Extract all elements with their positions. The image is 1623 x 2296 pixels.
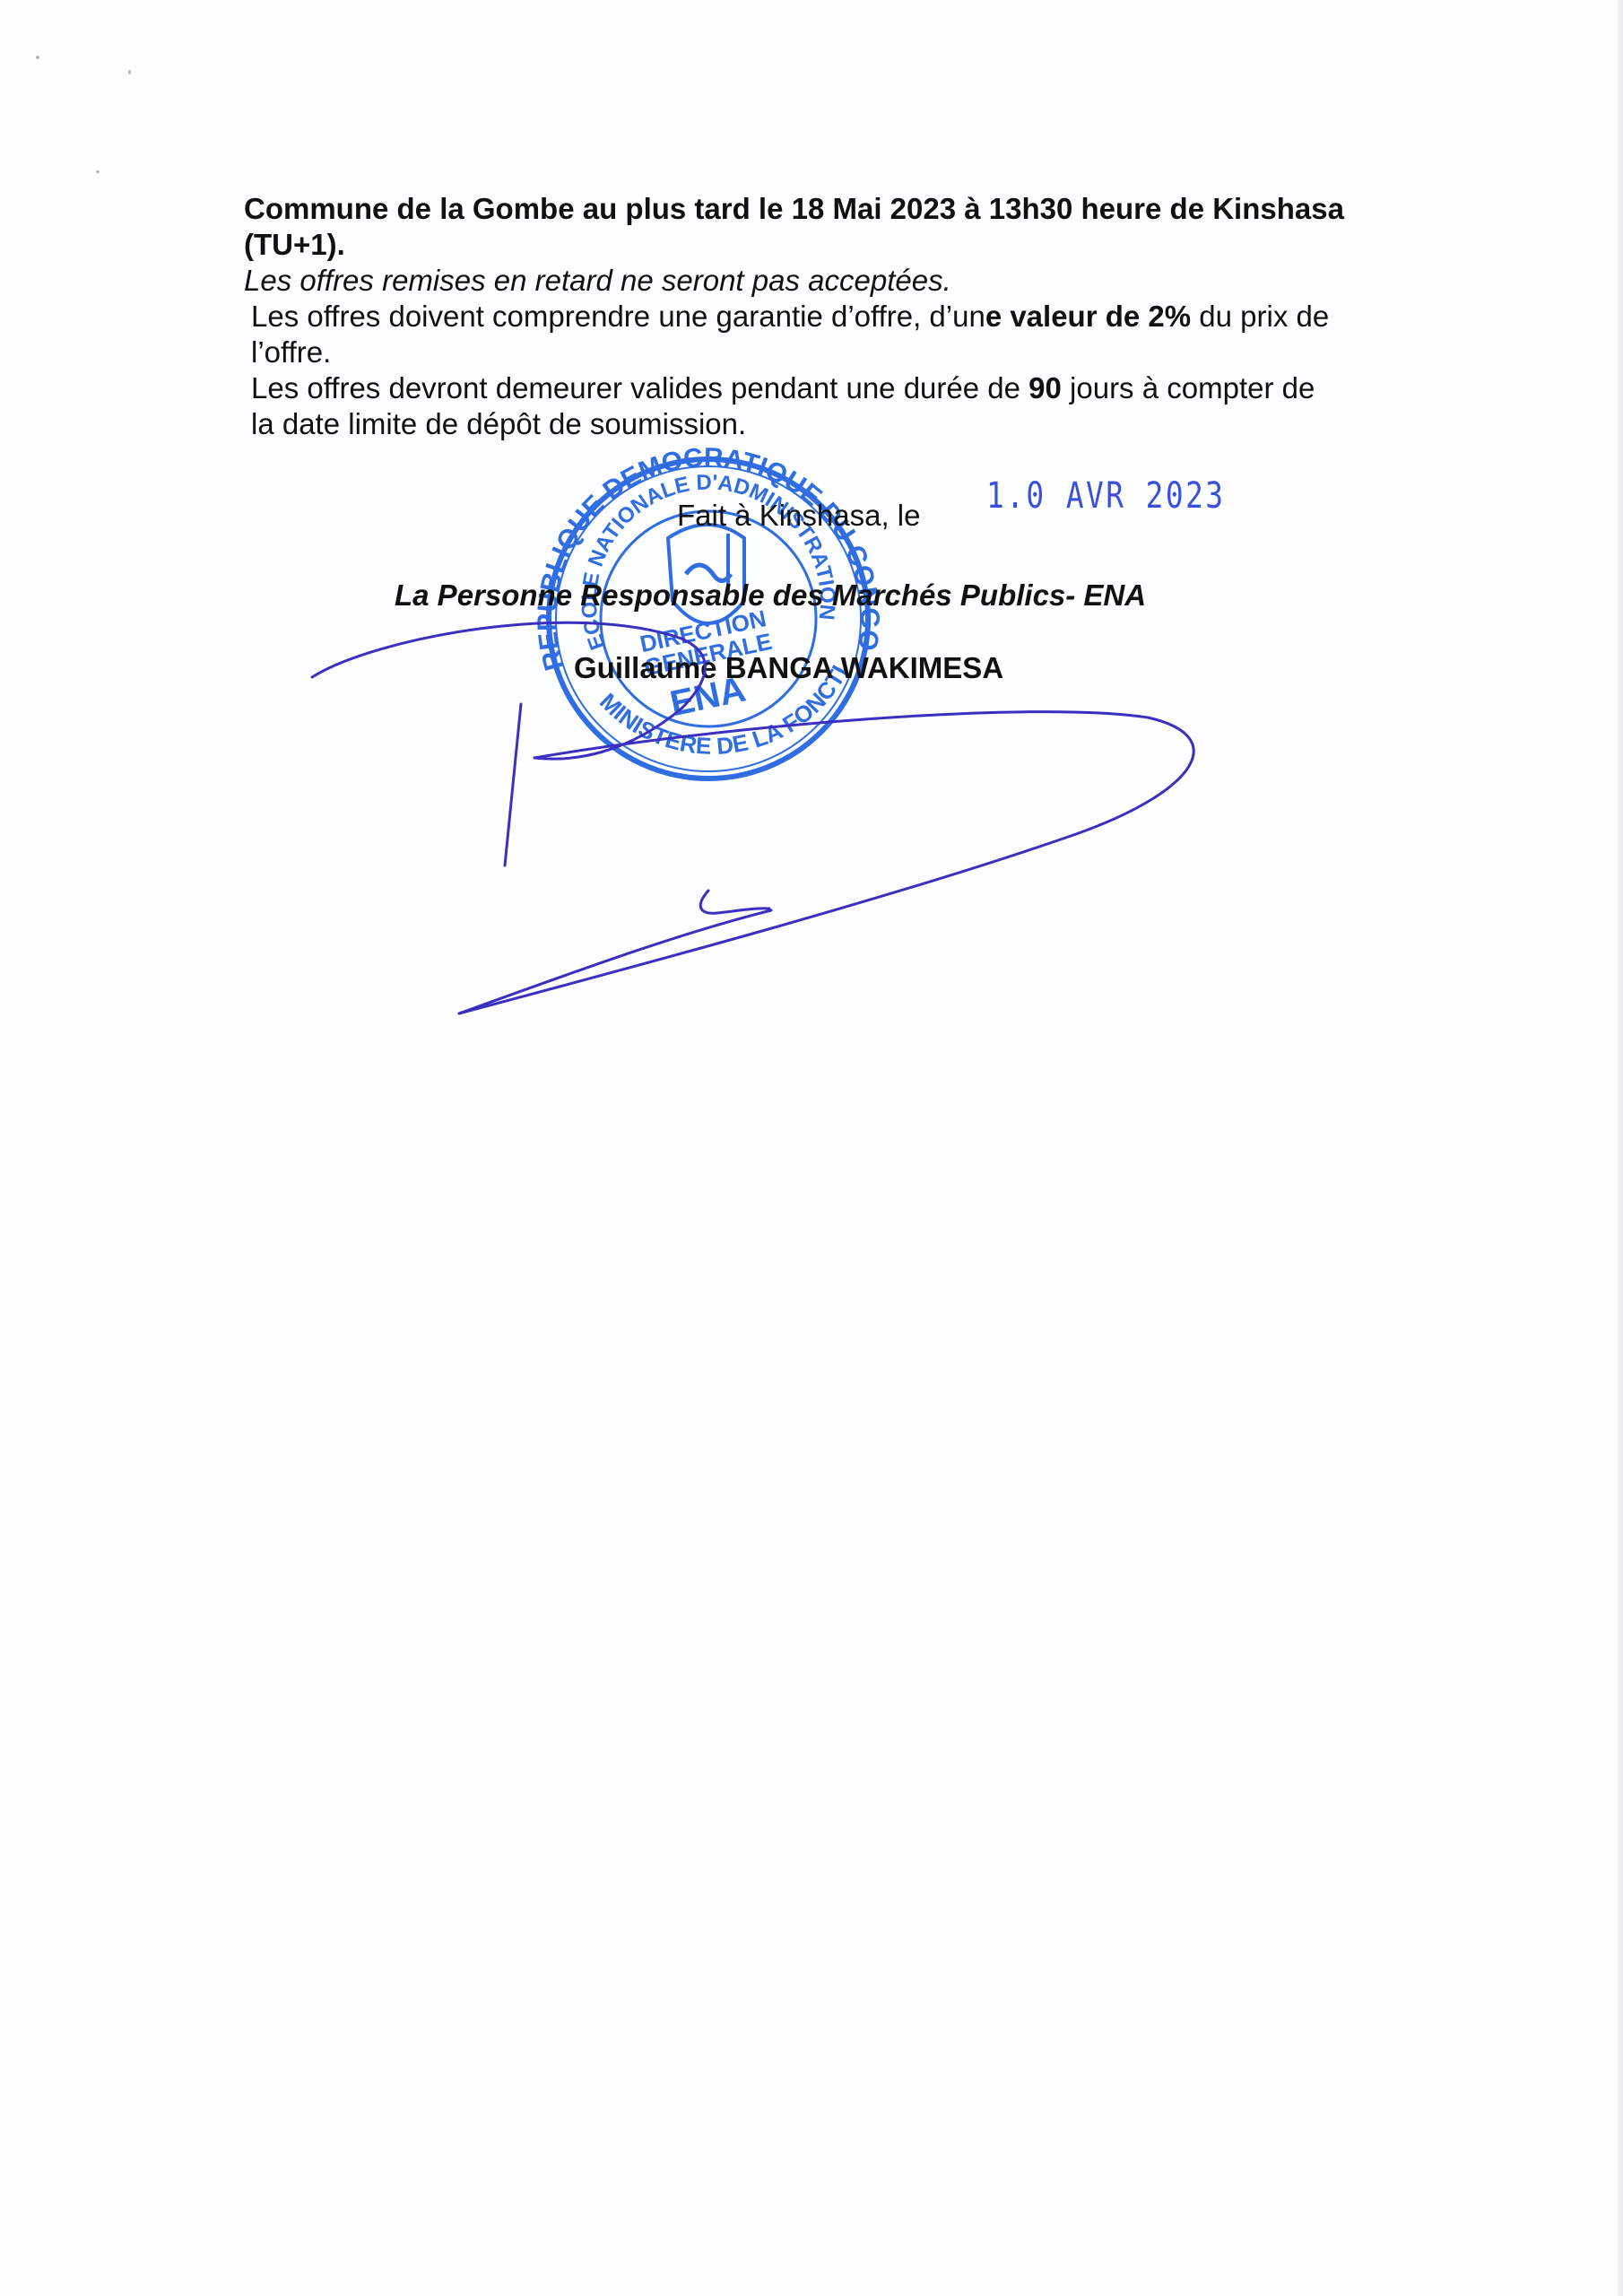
scan-speck [128, 70, 131, 74]
guarantee-line-2: l’offre. [244, 335, 1445, 370]
deadline-line-2: (TU+1). [244, 227, 1445, 263]
date-stamp: 1.0 AVR 2023 [986, 475, 1225, 517]
validity-days: 90 [1028, 371, 1062, 404]
validity-text-end: jours à compter de [1062, 371, 1315, 404]
signatory-name: Guillaume BANGA WAKIMESA [574, 651, 1003, 685]
guarantee-text: Les offres doivent comprendre une garant… [251, 300, 985, 333]
stamp-outer-ring-text: REPUBLIQUE DEMOCRATIQUE DU CONGO [533, 443, 884, 674]
guarantee-line-1: Les offres doivent comprendre une garant… [244, 299, 1445, 335]
body-text: Commune de la Gombe au plus tard le 18 M… [244, 191, 1445, 442]
signatory-title: La Personne Responsable des Marchés Publ… [395, 578, 1146, 613]
validity-text: Les offres devront demeurer valides pend… [251, 371, 1028, 404]
page-edge [1618, 0, 1623, 2296]
deadline-line-1: Commune de la Gombe au plus tard le 18 M… [244, 191, 1445, 227]
scan-speck [36, 56, 39, 59]
stamp-center-line-1: DIRECTION [638, 604, 768, 657]
validity-line-2: la date limite de dépôt de soumission. [244, 406, 1445, 442]
stamp-inner-ring-text: ECOLE NATIONALE D'ADMINISTRATION [577, 470, 840, 653]
place-date-label: Fait à Kinshasa, le [677, 499, 920, 533]
late-notice: Les offres remises en retard ne seront p… [244, 263, 1445, 299]
validity-line-1: Les offres devront demeurer valides pend… [244, 370, 1445, 406]
guarantee-value: e valeur de 2% [985, 300, 1191, 333]
guarantee-text-end: du prix de [1191, 300, 1329, 333]
scan-speck [96, 170, 100, 173]
